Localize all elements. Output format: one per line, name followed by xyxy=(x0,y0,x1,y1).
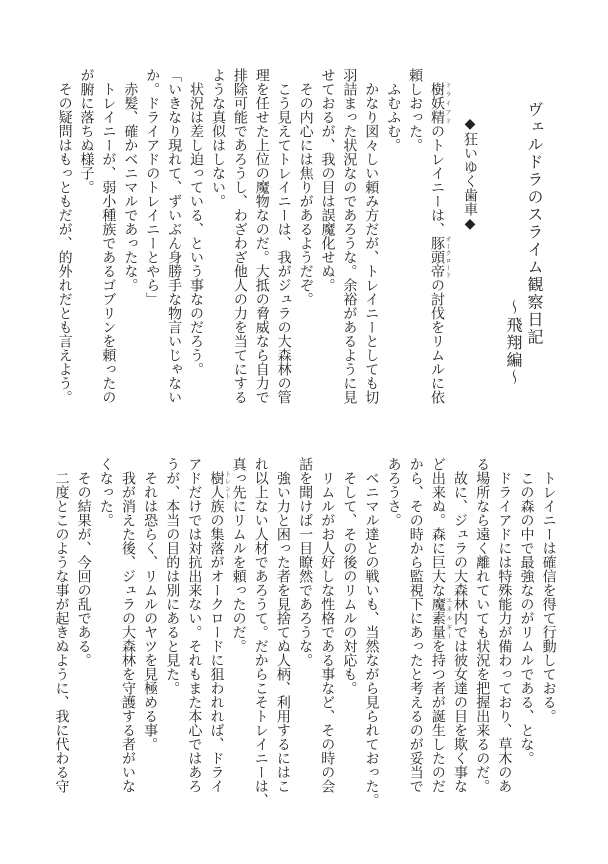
text-line: うが、本当の目的は別にあると見た。 xyxy=(161,457,183,797)
ruby-base: 樹妖精ドライアド xyxy=(430,82,444,124)
text-segment: を持つ者が誕生したのだ xyxy=(430,639,446,793)
text-line: 「いきなり現れて、ずいぶん身勝手な物言いじゃない xyxy=(162,68,184,408)
ruby-annotation: オークロード xyxy=(444,236,451,278)
text-segment xyxy=(429,68,445,82)
text-line: ような真似はしない。 xyxy=(206,68,228,408)
text-line: 樹人トレント族の集落がオークロードに狙われれば、ドライ xyxy=(205,457,227,797)
ruby-base-text: 樹妖精 xyxy=(429,82,445,124)
text-segment: ど出来ぬ。森に巨大な xyxy=(430,457,446,597)
text-line: その結果が、今回の乱である。 xyxy=(73,457,95,797)
ruby-base: 豚頭帝オークロード xyxy=(430,236,444,278)
text-line: 二度とこのような事が起きぬように、我に代わる守 xyxy=(50,457,72,797)
page-subtitle: ～飛翔編～ xyxy=(502,299,524,387)
text-line: ど出来ぬ。森に巨大な魔素量エネルギーを持つ者が誕生したのだ xyxy=(427,457,449,797)
text-line: れ以上ない人材であろうて。だからこそトレイニーは、 xyxy=(250,457,272,797)
text-line: 樹妖精ドライアドのトレイニーは、豚頭帝オークロードの討伐をリムルに依 xyxy=(425,68,447,408)
text-line: ドライアドには特殊能力が備わっており、草木のあ xyxy=(493,457,515,797)
text-line: こう見えてトレイニーは、我がジュラの大森林の管 xyxy=(272,68,294,408)
text-segment: 族の集落がオークロードに狙われれば、ドライ xyxy=(209,499,225,793)
text-line: 真っ先にリムルを頼ったのだ。 xyxy=(228,457,250,797)
ruby-annotation: トレント xyxy=(224,471,231,499)
text-line: 赤髪、確かベニマルであったな。 xyxy=(118,68,140,408)
text-line: 理を任せた上位の魔物なのだ。大抵の脅威なら自力で xyxy=(250,68,272,408)
ruby-annotation: エネルギー xyxy=(445,597,452,639)
ruby-base-text: 樹人 xyxy=(209,471,225,499)
text-line: 羽詰まった状況なのであろうな。余裕があるように見 xyxy=(337,68,359,408)
text-line: 話を聞けば一目瞭然であろうな。 xyxy=(294,457,316,797)
text-line: 状況は差し迫っている、という事なのだろう。 xyxy=(184,68,206,408)
text-line: から、その時から監視下にあったと考えるのが妥当で xyxy=(405,457,427,797)
text-line: その疑問はもっともだが、的外れだとも言えよう。 xyxy=(53,68,75,408)
lower-text-section: トレイニーは確信を得て行動しておる。 この森の中で最強なのがリムルである、とな。… xyxy=(50,457,559,797)
text-line: リムルがお人好しな性格である事など、その時の会 xyxy=(316,457,338,797)
text-line: あろうさ。 xyxy=(382,457,404,797)
text-line: 強い力と困った者を見捨てぬ人柄、利用するにはこ xyxy=(272,457,294,797)
text-line: る場所なら遠く離れていても状況を把握出来るのだ。 xyxy=(471,457,493,797)
text-line: 頼しおった。 xyxy=(403,68,425,408)
text-line: ふむふむ。 xyxy=(381,68,403,408)
text-segment: のトレイニーは、 xyxy=(429,124,445,236)
upper-text-section: 樹妖精ドライアドのトレイニーは、豚頭帝オークロードの討伐をリムルに依 頼しおった… xyxy=(53,68,447,408)
ruby-base: 樹人トレント xyxy=(210,471,224,499)
text-line: か。ドライアドのトレイニーとやら」 xyxy=(140,68,162,408)
text-line: が腑に落ちぬ様子。 xyxy=(75,68,97,408)
ruby-base-text: 魔素量 xyxy=(430,597,446,639)
text-line: 排除可能であろうし、わざわざ他人の力を当てにする xyxy=(228,68,250,408)
text-line: そして、その後のリムルの対応も。 xyxy=(338,457,360,797)
text-segment xyxy=(209,457,225,471)
page-title: ヴェルドラのスライム観察日記 xyxy=(523,101,545,346)
text-line: かなり図々しい頼み方だが、トレイニーとしても切 xyxy=(359,68,381,408)
text-line: 故に、ジュラの大森林内では彼女達の目を欺く事な xyxy=(449,457,471,797)
ruby-base: 魔素量エネルギー xyxy=(431,597,445,639)
text-line: せておるが、我の目は誤魔化せぬ。 xyxy=(316,68,338,408)
text-line: くなった。 xyxy=(95,457,117,797)
text-line: その内心には焦りがあるようだぞ。 xyxy=(294,68,316,408)
text-line: 我が消えた後、ジュラの大森林を守護する者がいな xyxy=(117,457,139,797)
ruby-annotation: ドライアド xyxy=(444,82,451,124)
text-segment: の討伐をリムルに依 xyxy=(429,278,445,404)
text-line: この森の中で最強なのがリムルである、とな。 xyxy=(515,457,537,797)
text-line: アドだけでは対抗出来ない。それもまた本心ではあろ xyxy=(183,457,205,797)
text-line: それは恐らく、リムルのヤツを見極める事。 xyxy=(139,457,161,797)
section-heading: ◆狂いゆく歯車◆ xyxy=(459,116,481,232)
text-line: トレイニーは確信を得て行動しておる。 xyxy=(537,457,559,797)
text-line: ベニマル達との戦いも、当然ながら見られておった。 xyxy=(360,457,382,797)
ruby-base-text: 豚頭帝 xyxy=(429,236,445,278)
text-line: トレイニーが、弱小種族であるゴブリンを頼ったの xyxy=(97,68,119,408)
